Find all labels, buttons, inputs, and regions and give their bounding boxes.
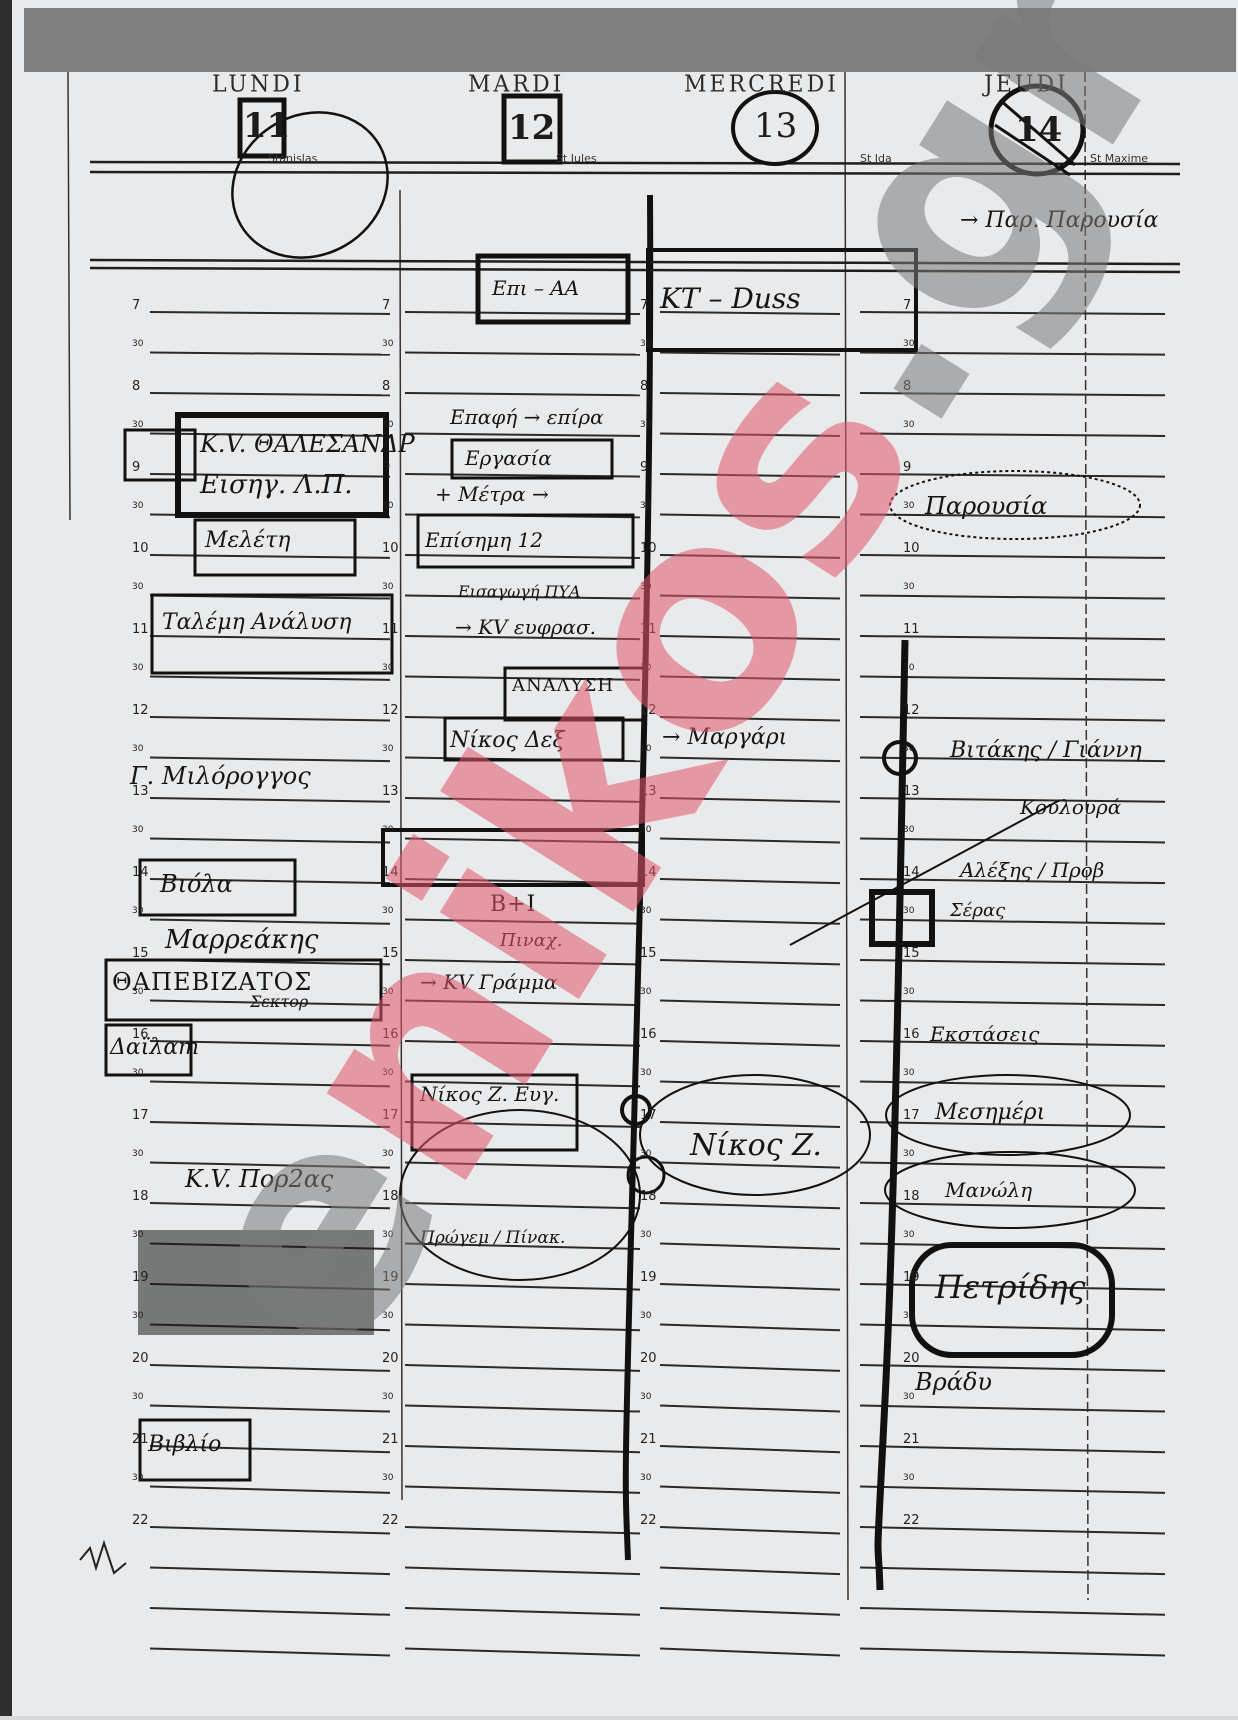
- hour-label: 30: [382, 582, 393, 592]
- hour-label: 30: [382, 1311, 393, 1321]
- column-divider-3: [845, 72, 848, 1600]
- hour-label: 30: [132, 825, 143, 835]
- hour-label: 30: [903, 582, 914, 592]
- entry-tuesday: Πρώγεμ / Πίνακ.: [420, 1228, 565, 1248]
- hour-label: 7: [382, 298, 390, 313]
- hour-label: 30: [382, 339, 393, 349]
- left-margin-line: [68, 72, 70, 520]
- entry-wednesday: → Μαργάρι: [662, 725, 787, 750]
- hour-label: 30: [382, 744, 393, 754]
- hour-label: 30: [640, 825, 651, 835]
- entry-thursday: Μανώλη: [945, 1178, 1032, 1202]
- hour-label: 22: [132, 1513, 149, 1528]
- entry-thursday: Αλέξης / Προβ: [960, 858, 1104, 882]
- entry-thursday: Βράδυ: [915, 1368, 992, 1396]
- saint-monday: Stanislas: [268, 152, 317, 165]
- hour-label: 21: [903, 1432, 920, 1447]
- entry-thursday: Βιτάκης / Γιάννη: [950, 738, 1142, 763]
- hour-label: 7: [903, 298, 911, 313]
- hour-label: 9: [903, 460, 911, 475]
- hour-label: 30: [640, 1392, 651, 1402]
- hour-label: 11: [382, 622, 399, 637]
- hour-label: 30: [382, 1392, 393, 1402]
- hour-label: 30: [382, 1149, 393, 1159]
- hour-label: 16: [382, 1027, 399, 1042]
- entry-tuesday: ΑΝΑΛΥΣΗ: [512, 675, 614, 696]
- hour-label: 30: [640, 663, 651, 673]
- hour-label: 19: [640, 1270, 657, 1285]
- entry-wednesday: KT – Duss: [660, 282, 801, 315]
- hour-label: 30: [382, 987, 393, 997]
- hour-label: 30: [382, 1068, 393, 1078]
- hour-label: 30: [640, 744, 651, 754]
- hour-label: 30: [382, 825, 393, 835]
- entry-monday: K.V. Πορ2ας: [185, 1165, 333, 1193]
- hour-label: 30: [903, 663, 914, 673]
- entry-thursday: Πετρίδης: [935, 1268, 1086, 1306]
- day-number-monday: 11: [243, 106, 290, 146]
- entry-tuesday: → KV ευφρασ.: [455, 615, 596, 639]
- hour-label: 9: [132, 460, 140, 475]
- hour-label: 21: [132, 1432, 149, 1447]
- entry-monday: Ταλέμη Ανάλυση: [162, 610, 351, 635]
- hour-label: 20: [640, 1351, 657, 1366]
- hour-label: 18: [640, 1189, 657, 1204]
- hour-label: 10: [640, 541, 657, 556]
- hour-label: 8: [903, 379, 911, 394]
- hour-label: 30: [903, 825, 914, 835]
- hour-label: 30: [903, 1230, 914, 1240]
- entry-monday: Σεκτορ: [250, 992, 308, 1011]
- hour-label: 30: [640, 420, 651, 430]
- hour-label: 30: [640, 1068, 651, 1078]
- hour-label: 9: [382, 460, 390, 475]
- hour-label: 10: [382, 541, 399, 556]
- hour-label: 10: [132, 541, 149, 556]
- entry-tuesday: Εργασία: [465, 446, 552, 470]
- hour-label: 22: [903, 1513, 920, 1528]
- hour-label: 30: [903, 1392, 914, 1402]
- hour-label: 30: [132, 1392, 143, 1402]
- hour-label: 12: [382, 703, 399, 718]
- hour-label: 22: [640, 1513, 657, 1528]
- agenda-page: LUNDI MARDI MERCREDI JEUDI 11 12 13 14 S…: [0, 0, 1238, 1720]
- hour-label: 30: [640, 1311, 651, 1321]
- column-divider-4: [1085, 72, 1088, 1600]
- hour-label: 30: [132, 1311, 143, 1321]
- hour-label: 17: [903, 1108, 920, 1123]
- hour-label: 30: [132, 501, 143, 511]
- day-header-monday: LUNDI: [212, 71, 305, 97]
- hour-label: 15: [382, 946, 399, 961]
- hour-label: 8: [640, 379, 648, 394]
- hour-label: 30: [640, 1149, 651, 1159]
- hour-label: 15: [903, 946, 920, 961]
- hour-label: 30: [382, 1473, 393, 1483]
- hour-label: 14: [640, 865, 657, 880]
- hour-label: 13: [903, 784, 920, 799]
- hour-label: 13: [382, 784, 399, 799]
- hour-label: 30: [132, 420, 143, 430]
- hour-label: 17: [132, 1108, 149, 1123]
- entry-monday: K.V. ΘΑΛΕΣΑΝΔΡ: [200, 430, 415, 458]
- hour-label: 30: [903, 987, 914, 997]
- entry-thursday: Κουλουρά: [1020, 795, 1121, 819]
- entry-tuesday: Νίκος Δεξ: [450, 728, 565, 753]
- hour-label: 18: [132, 1189, 149, 1204]
- hour-label: 20: [382, 1351, 399, 1366]
- hour-label: 30: [132, 1149, 143, 1159]
- hour-label: 8: [382, 379, 390, 394]
- hour-label: 14: [382, 865, 399, 880]
- entry-thursday: Μεσημέρι: [935, 1100, 1045, 1125]
- entry-monday: Εισηγ. Λ.Π.: [200, 470, 353, 500]
- hour-label: 12: [640, 703, 657, 718]
- hour-label: 30: [132, 582, 143, 592]
- entry-monday: Γ. Μιλόρογγος: [130, 762, 311, 790]
- hour-label: 30: [903, 1149, 914, 1159]
- hour-label: 7: [132, 298, 140, 313]
- hour-label: 14: [903, 865, 920, 880]
- hour-label: 17: [640, 1108, 657, 1123]
- entry-monday: Μαρρεάκης: [165, 925, 318, 955]
- hour-label: 11: [903, 622, 920, 637]
- hour-label: 7: [640, 298, 648, 313]
- hour-label: 14: [132, 865, 149, 880]
- entry-tuesday: Εισαγωγή ΠΥΑ: [458, 582, 581, 601]
- hour-label: 19: [903, 1270, 920, 1285]
- column-divider-1: [400, 190, 402, 1500]
- entry-tuesday: → KV Γράμμα: [420, 970, 558, 994]
- hour-label: 30: [382, 906, 393, 916]
- saint-thursday: St Maxime: [1090, 152, 1148, 165]
- day-number-thursday: 14: [1015, 110, 1062, 150]
- hour-label: 30: [132, 339, 143, 349]
- hour-label: 13: [640, 784, 657, 799]
- hour-label: 30: [903, 420, 914, 430]
- hour-label: 30: [903, 501, 914, 511]
- hour-label: 21: [382, 1432, 399, 1447]
- hour-label: 30: [132, 663, 143, 673]
- saint-wednesday: St Ida: [860, 152, 892, 165]
- hour-label: 30: [903, 906, 914, 916]
- hour-label: 15: [640, 946, 657, 961]
- hour-label: 30: [132, 1230, 143, 1240]
- hour-label: 21: [640, 1432, 657, 1447]
- hour-label: 30: [903, 744, 914, 754]
- hour-label: 30: [382, 663, 393, 673]
- hour-label: 11: [640, 622, 657, 637]
- hour-label: 19: [382, 1270, 399, 1285]
- entry-tuesday: Επι – ΑΑ: [492, 276, 579, 300]
- hour-label: 12: [132, 703, 149, 718]
- hour-label: 30: [903, 1311, 914, 1321]
- hour-label: 30: [640, 906, 651, 916]
- hour-label: 18: [382, 1189, 399, 1204]
- entry-monday: Μελέτη: [205, 528, 290, 553]
- hour-label: 20: [132, 1351, 149, 1366]
- day-header-wednesday: MERCREDI: [684, 71, 839, 97]
- hour-label: 30: [132, 744, 143, 754]
- hour-label: 30: [640, 339, 651, 349]
- entry-tuesday: B+I: [490, 892, 536, 917]
- hour-label: 30: [640, 987, 651, 997]
- hour-label: 18: [903, 1189, 920, 1204]
- entry-thursday: Εκστάσεις: [930, 1022, 1039, 1046]
- entry-monday: Βιόλα: [160, 870, 233, 898]
- entry-wednesday: Νίκος Z.: [690, 1128, 822, 1163]
- hour-label: 9: [640, 460, 648, 475]
- day-number-tuesday: 12: [508, 108, 555, 148]
- entry-tuesday: + Μέτρα →: [435, 482, 549, 506]
- hour-label: 20: [903, 1351, 920, 1366]
- hour-label: 30: [382, 1230, 393, 1240]
- entry-thursday: Παρουσία: [925, 492, 1047, 520]
- entry-tuesday: Νίκος Z. Ευγ.: [420, 1082, 559, 1106]
- entry-tuesday: Πιναχ.: [500, 930, 562, 951]
- hour-label: 30: [382, 420, 393, 430]
- hour-label: 15: [132, 946, 149, 961]
- hour-label: 30: [132, 1068, 143, 1078]
- hour-label: 16: [903, 1027, 920, 1042]
- hour-label: 22: [382, 1513, 399, 1528]
- entry-thursday: Σέρας: [950, 900, 1005, 921]
- hour-label: 8: [132, 379, 140, 394]
- day-header-thursday: JEUDI: [984, 71, 1069, 97]
- hour-label: 12: [903, 703, 920, 718]
- hour-label: 30: [903, 1473, 914, 1483]
- entry-thursday: → Παρ. Παρουσία: [960, 208, 1158, 233]
- hour-label: 19: [132, 1270, 149, 1285]
- entry-tuesday: Επαφή → επίρα: [450, 405, 604, 429]
- hour-label: 10: [903, 541, 920, 556]
- entry-monday: Δαϊλαm: [110, 1035, 199, 1060]
- hour-label: 30: [903, 1068, 914, 1078]
- hour-label: 17: [382, 1108, 399, 1123]
- hour-label: 16: [640, 1027, 657, 1042]
- entry-tuesday: Επίσημη 12: [425, 528, 543, 552]
- entry-monday: Βιβλίο: [148, 1432, 221, 1457]
- hour-label: 30: [132, 1473, 143, 1483]
- hour-label: 30: [640, 1230, 651, 1240]
- hour-label: 30: [640, 582, 651, 592]
- hour-label: 11: [132, 622, 149, 637]
- hour-label: 30: [382, 501, 393, 511]
- hour-label: 30: [132, 906, 143, 916]
- hour-label: 30: [640, 1473, 651, 1483]
- day-header-tuesday: MARDI: [468, 71, 564, 97]
- hour-label: 30: [903, 339, 914, 349]
- hour-label: 30: [640, 501, 651, 511]
- redaction-bar: [24, 8, 1236, 72]
- day-number-wednesday: 13: [754, 106, 797, 146]
- saint-tuesday: St Jules: [556, 152, 597, 165]
